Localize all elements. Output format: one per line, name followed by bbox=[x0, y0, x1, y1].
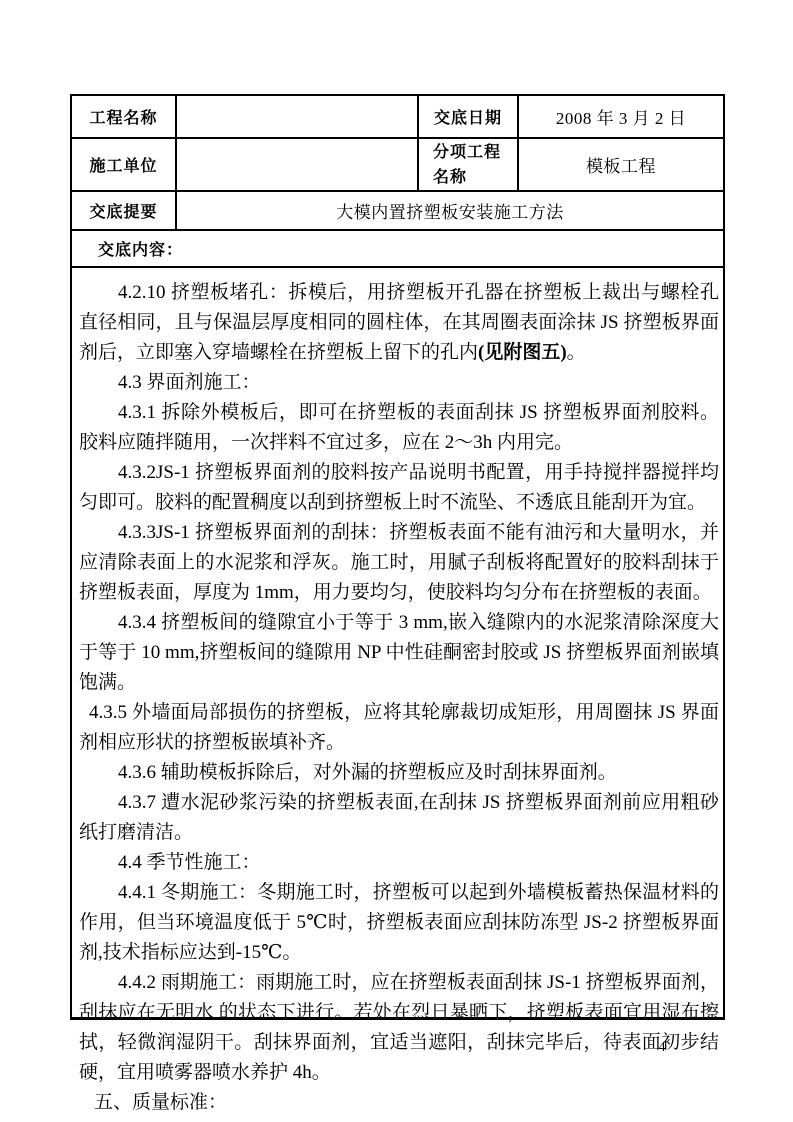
disclosure-date-label: 交底日期 bbox=[417, 96, 517, 137]
project-name-label: 工程名称 bbox=[72, 96, 175, 137]
disclosure-content-body: 4.2.10 挤塑板堵孔：拆模后，用挤塑板开孔器在挤塑板上裁出与螺栓孔直径相同，… bbox=[72, 268, 723, 1017]
paragraph-4-4: 4.4 季节性施工： bbox=[79, 848, 719, 878]
paragraph-text: 4.2.10 挤塑板堵孔：拆模后，用挤塑板开孔器在挤塑板上裁出与螺栓孔直径相同，… bbox=[79, 282, 719, 363]
paragraph-4-3-1: 4.3.1 拆除外模板后，即可在挤塑板的表面刮抹 JS 挤塑板界面剂胶料。胶料应… bbox=[79, 398, 719, 458]
table-row-content-header: 交底内容： bbox=[72, 231, 723, 268]
paragraph-bold-ref: (见附图五) bbox=[478, 342, 567, 363]
construction-unit-value bbox=[175, 139, 417, 190]
project-name-value bbox=[175, 96, 417, 137]
summary-value: 大模内置挤塑板安装施工方法 bbox=[175, 192, 723, 229]
paragraph-4-3-4: 4.3.4 挤塑板间的缝隙宜小于等于 3 mm,嵌入缝隙内的水泥浆清除深度大于等… bbox=[79, 608, 719, 698]
paragraph-4-4-2: 4.4.2 雨期施工：雨期施工时，应在挤塑板表面刮抹 JS-1 挤塑板界面剂，刮… bbox=[79, 968, 719, 1088]
paragraph-4-3-5: 4.3.5 外墙面局部损伤的挤塑板，应将其轮廓裁切成矩形，用周圈抹 JS 界面剂… bbox=[79, 698, 719, 758]
table-row-unit-subproject: 施工单位 分项工程名称 模板工程 bbox=[72, 139, 723, 192]
content-header-label: 交底内容： bbox=[72, 231, 723, 266]
table-row-summary: 交底提要 大模内置挤塑板安装施工方法 bbox=[72, 192, 723, 231]
construction-unit-label: 施工单位 bbox=[72, 139, 175, 190]
paragraph-4-3-7: 4.3.7 遭水泥砂浆污染的挤塑板表面,在刮抹 JS 挤塑板界面剂前应用粗砂纸打… bbox=[79, 788, 719, 848]
page-number: 4 bbox=[652, 1040, 672, 1056]
table-row-project-date: 工程名称 交底日期 2008 年 3 月 2 日 bbox=[72, 96, 723, 139]
paragraph-text: 。 bbox=[567, 342, 586, 363]
paragraph-4-3-6: 4.3.6 辅助模板拆除后，对外漏的挤塑板应及时刮抹界面剂。 bbox=[79, 758, 719, 788]
paragraph-4-3-2: 4.3.2JS-1 挤塑板界面剂的胶料按产品说明书配置，用手持搅拌器搅拌均匀即可… bbox=[79, 458, 719, 518]
paragraph-4-2-10: 4.2.10 挤塑板堵孔：拆模后，用挤塑板开孔器在挤塑板上裁出与螺栓孔直径相同，… bbox=[79, 278, 719, 368]
paragraph-4-3: 4.3 界面剂施工： bbox=[79, 368, 719, 398]
subproject-name-label: 分项工程名称 bbox=[417, 139, 517, 190]
summary-label: 交底提要 bbox=[72, 192, 175, 229]
disclosure-table: 工程名称 交底日期 2008 年 3 月 2 日 施工单位 分项工程名称 模板工… bbox=[70, 94, 725, 1020]
paragraph-4-3-3: 4.3.3JS-1 挤塑板界面剂的刮抹：挤塑板表面不能有油污和大量明水，并应清除… bbox=[79, 518, 719, 608]
subproject-name-value: 模板工程 bbox=[517, 139, 723, 190]
disclosure-date-value: 2008 年 3 月 2 日 bbox=[517, 96, 723, 137]
paragraph-4-4-1: 4.4.1 冬期施工：冬期施工时，挤塑板可以起到外墙模板蓄热保温材料的作用，但当… bbox=[79, 878, 719, 968]
paragraph-section-5: 五、质量标准： bbox=[79, 1088, 719, 1118]
document-page: 工程名称 交底日期 2008 年 3 月 2 日 施工单位 分项工程名称 模板工… bbox=[0, 0, 793, 1122]
